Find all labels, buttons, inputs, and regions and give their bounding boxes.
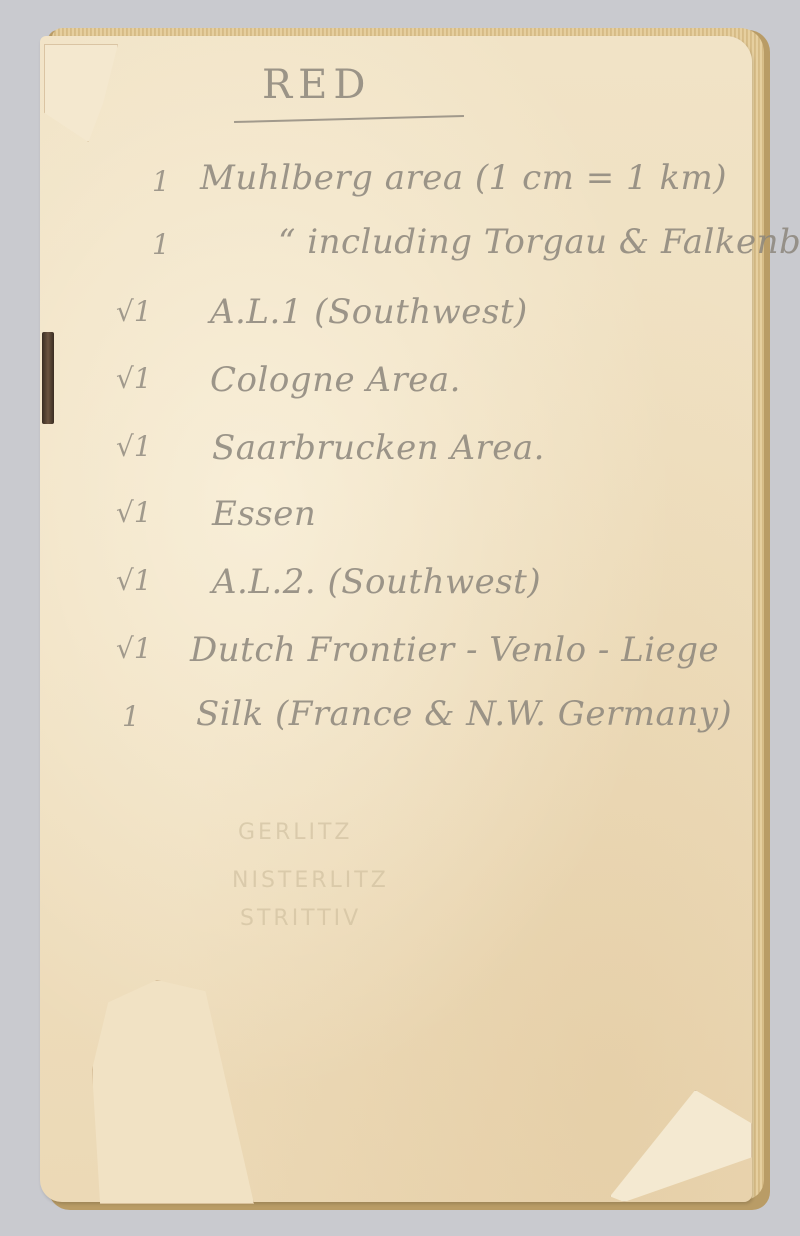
spine-binding — [42, 332, 54, 424]
list-item: Saarbrucken Area. — [212, 428, 545, 468]
checkmark-tally: √1 — [116, 564, 152, 597]
impressed-text-line: STRITTIV — [240, 906, 361, 931]
list-item: “ including Torgau & Falkenberg — [278, 222, 800, 262]
checkmark-tally: 1 — [152, 165, 170, 198]
checkmark-tally: √1 — [116, 496, 152, 529]
list-item: A.L.2. (Southwest) — [212, 562, 541, 602]
list-item: Muhlberg area (1 cm = 1 km) — [200, 158, 727, 198]
page-heading: RED — [262, 62, 371, 108]
list-item: Essen — [212, 494, 316, 534]
checkmark-tally: √1 — [116, 362, 152, 395]
list-item: Silk (France & N.W. Germany) — [196, 694, 732, 734]
checkmark-tally: 1 — [122, 700, 140, 733]
checkmark-tally: √1 — [116, 295, 152, 328]
impressed-text-line: GERLITZ — [238, 820, 353, 845]
list-item: Cologne Area. — [210, 360, 461, 400]
checkmark-tally: √1 — [116, 632, 152, 665]
checkmark-tally: √1 — [116, 430, 152, 463]
list-item: Dutch Frontier - Venlo - Liege — [190, 630, 719, 670]
list-item: A.L.1 (Southwest) — [210, 292, 528, 332]
impressed-text-line: NISTERLITZ — [232, 868, 389, 893]
checkmark-tally: 1 — [152, 228, 170, 261]
